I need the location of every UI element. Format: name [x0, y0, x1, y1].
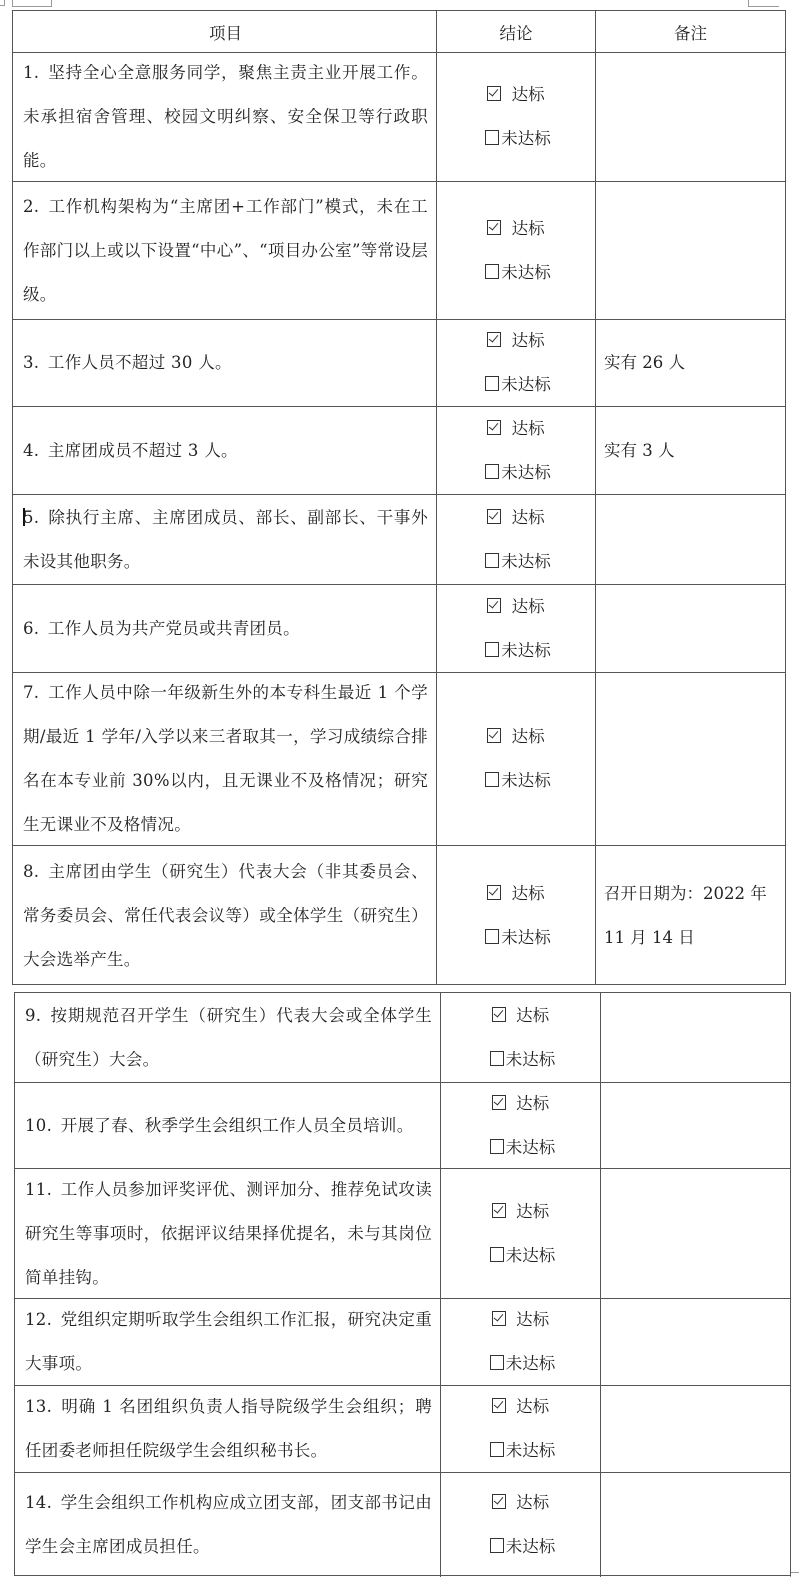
conclusion-cell: 达标未达标 — [441, 993, 601, 1082]
item-number: 7. — [23, 683, 39, 702]
checked-checkbox-icon[interactable] — [487, 509, 501, 524]
conclusion-cell: 达标未达标 — [441, 1386, 601, 1472]
table-row: 8. 主席团由学生（研究生）代表大会（非其委员会、常务委员会、常任代表会议等）或… — [13, 846, 785, 985]
remark-cell — [601, 1473, 790, 1577]
pass-option-label: 达标 — [516, 1202, 549, 1221]
item-description: 工作机构架构为“主席团+工作部门”模式，未在工作部门以上或以下设置“中心”、“项… — [23, 197, 428, 304]
unchecked-checkbox-icon[interactable] — [490, 1051, 504, 1066]
checked-checkbox-icon[interactable] — [492, 1203, 506, 1218]
unchecked-checkbox-icon[interactable] — [485, 772, 499, 787]
checked-checkbox-icon[interactable] — [492, 1494, 506, 1509]
fail-option[interactable]: 未达标 — [490, 1038, 556, 1082]
remark-cell — [596, 585, 785, 672]
fail-option[interactable]: 未达标 — [485, 629, 551, 673]
fail-option[interactable]: 未达标 — [490, 1342, 556, 1386]
fail-option-label: 未达标 — [506, 1138, 556, 1157]
item-cell: 14. 学生会组织工作机构应成立团支部，团支部书记由学生会主席团成员担任。 — [15, 1473, 441, 1577]
item-number: 5. — [23, 508, 39, 527]
pass-option-label: 达标 — [516, 1094, 549, 1113]
table-row: 2. 工作机构架构为“主席团+工作部门”模式，未在工作部门以上或以下设置“中心”… — [13, 182, 785, 320]
pass-option[interactable]: 达标 — [487, 715, 544, 759]
item-number: 11. — [25, 1180, 52, 1199]
item-cell: 2. 工作机构架构为“主席团+工作部门”模式，未在工作部门以上或以下设置“中心”… — [13, 182, 437, 319]
conclusion-cell: 达标未达标 — [437, 407, 596, 494]
checked-checkbox-icon[interactable] — [487, 332, 501, 347]
item-description: 除执行主席、主席团成员、部长、副部长、干事外未设其他职务。 — [23, 508, 428, 571]
checked-checkbox-icon[interactable] — [492, 1398, 506, 1413]
table-row: 3. 工作人员不超过 30 人。 达标未达标实有 26 人 — [13, 320, 785, 407]
pass-option-label: 达标 — [512, 419, 545, 438]
unchecked-checkbox-icon[interactable] — [490, 1247, 504, 1262]
remark-cell — [596, 182, 785, 319]
checked-checkbox-icon[interactable] — [487, 86, 501, 101]
item-cell: 3. 工作人员不超过 30 人。 — [13, 320, 437, 406]
table-row: 14. 学生会组织工作机构应成立团支部，团支部书记由学生会主席团成员担任。 达标… — [15, 1473, 790, 1577]
fail-option[interactable]: 未达标 — [485, 363, 551, 407]
checklist-table-part-2: 9. 按期规范召开学生（研究生）代表大会或全体学生（研究生）大会。 达标未达标1… — [14, 992, 791, 1576]
fail-option[interactable]: 未达标 — [490, 1525, 556, 1569]
conclusion-cell: 达标未达标 — [441, 1083, 601, 1168]
fail-option-label: 未达标 — [506, 1050, 556, 1069]
conclusion-cell: 达标未达标 — [437, 53, 596, 181]
fail-option-label: 未达标 — [506, 1441, 556, 1460]
fail-option-label: 未达标 — [501, 928, 551, 947]
fail-option-label: 未达标 — [506, 1354, 556, 1373]
page-corner-mark-top-left — [0, 0, 5, 6]
pass-option-label: 达标 — [516, 1006, 549, 1025]
pass-option-label: 达标 — [516, 1397, 549, 1416]
item-cell: 12. 党组织定期听取学生会组织工作汇报，研究决定重大事项。 — [15, 1299, 441, 1385]
pass-option-label: 达标 — [512, 85, 545, 104]
checked-checkbox-icon[interactable] — [492, 1007, 506, 1022]
item-description: 主席团由学生（研究生）代表大会（非其委员会、常务委员会、常任代表会议等）或全体学… — [23, 862, 428, 969]
pass-option-label: 达标 — [512, 727, 545, 746]
remark-cell — [596, 495, 785, 584]
fail-option-label: 未达标 — [501, 263, 551, 282]
remark-text: 实有 3 人 — [604, 429, 675, 473]
checked-checkbox-icon[interactable] — [487, 420, 501, 435]
item-description: 开展了春、秋季学生会组织工作人员全员培训。 — [61, 1116, 414, 1135]
fail-option-label: 未达标 — [501, 641, 551, 660]
table-row: 6. 工作人员为共产党员或共青团员。 达标未达标 — [13, 585, 785, 673]
item-number: 12. — [25, 1310, 52, 1329]
conclusion-cell: 达标未达标 — [441, 1169, 601, 1298]
item-text: 7. 工作人员中除一年级新生外的本专科生最近 1 个学期/最近 1 学年/入学以… — [23, 671, 428, 847]
conclusion-cell: 达标未达标 — [441, 1473, 601, 1577]
pass-option-label: 达标 — [512, 884, 545, 903]
pass-option[interactable]: 达标 — [492, 1298, 549, 1342]
table-row: 5. 除执行主席、主席团成员、部长、副部长、干事外未设其他职务。 达标未达标 — [13, 495, 785, 585]
table-header-row: 项目结论备注 — [13, 11, 785, 53]
pass-option[interactable]: 达标 — [487, 407, 544, 451]
unchecked-checkbox-icon[interactable] — [490, 1355, 504, 1370]
item-number: 14. — [25, 1493, 52, 1512]
item-description: 坚持全心全意服务同学，聚焦主责主业开展工作。未承担宿舍管理、校园文明纠察、安全保… — [23, 63, 428, 170]
remark-text: 召开日期为：2022 年 11 月 14 日 — [604, 872, 785, 960]
unchecked-checkbox-icon[interactable] — [485, 553, 499, 568]
remark-cell — [601, 1169, 790, 1298]
conclusion-cell: 达标未达标 — [437, 673, 596, 845]
item-cell: 9. 按期规范召开学生（研究生）代表大会或全体学生（研究生）大会。 — [15, 993, 441, 1082]
pass-option[interactable]: 达标 — [487, 73, 544, 117]
item-text: 14. 学生会组织工作机构应成立团支部，团支部书记由学生会主席团成员担任。 — [25, 1481, 432, 1569]
fail-option-label: 未达标 — [501, 463, 551, 482]
checked-checkbox-icon[interactable] — [492, 1095, 506, 1110]
unchecked-checkbox-icon[interactable] — [490, 1442, 504, 1457]
item-text: 6. 工作人员为共产党员或共青团员。 — [23, 607, 300, 651]
checked-checkbox-icon[interactable] — [487, 598, 501, 613]
conclusion-cell: 达标未达标 — [441, 1299, 601, 1385]
conclusion-cell: 达标未达标 — [437, 585, 596, 672]
header-remark-label: 备注 — [674, 20, 707, 44]
pass-option-label: 达标 — [516, 1493, 549, 1512]
fail-option[interactable]: 未达标 — [485, 759, 551, 803]
checked-checkbox-icon[interactable] — [487, 728, 501, 743]
item-text: 13. 明确 1 名团组织负责人指导院级学生会组织；聘任团委老师担任院级学生会组… — [25, 1385, 432, 1473]
item-number: 8. — [23, 862, 39, 881]
pass-option[interactable]: 达标 — [492, 1190, 549, 1234]
item-text: 4. 主席团成员不超过 3 人。 — [23, 429, 238, 473]
pass-option[interactable]: 达标 — [487, 319, 544, 363]
checked-checkbox-icon[interactable] — [492, 1311, 506, 1326]
pass-option[interactable]: 达标 — [487, 872, 544, 916]
item-number: 2. — [23, 197, 39, 216]
fail-option[interactable]: 未达标 — [490, 1126, 556, 1170]
item-text: 1. 坚持全心全意服务同学，聚焦主责主业开展工作。未承担宿舍管理、校园文明纠察、… — [23, 51, 428, 183]
item-description: 工作人员不超过 30 人。 — [48, 353, 232, 372]
pass-option[interactable]: 达标 — [492, 994, 549, 1038]
item-cell: 8. 主席团由学生（研究生）代表大会（非其委员会、常务委员会、常任代表会议等）或… — [13, 846, 437, 985]
remark-cell — [601, 1386, 790, 1472]
fail-option-label: 未达标 — [506, 1537, 556, 1556]
unchecked-checkbox-icon[interactable] — [485, 376, 499, 391]
item-description: 工作人员参加评奖评优、测评加分、推荐免试攻读研究生等事项时，依据评议结果择优提名… — [25, 1180, 432, 1287]
fail-option[interactable]: 未达标 — [485, 251, 551, 295]
table-row: 11. 工作人员参加评奖评优、测评加分、推荐免试攻读研究生等事项时，依据评议结果… — [15, 1169, 790, 1299]
table-row: 9. 按期规范召开学生（研究生）代表大会或全体学生（研究生）大会。 达标未达标 — [15, 993, 790, 1083]
remark-cell — [596, 53, 785, 181]
pass-option-label: 达标 — [512, 597, 545, 616]
header-item-label: 项目 — [209, 20, 242, 44]
remark-cell: 召开日期为：2022 年 11 月 14 日 — [596, 846, 785, 985]
pass-option[interactable]: 达标 — [487, 207, 544, 251]
item-description: 党组织定期听取学生会组织工作汇报，研究决定重大事项。 — [25, 1310, 432, 1373]
remark-cell — [596, 673, 785, 845]
item-cell: 10. 开展了春、秋季学生会组织工作人员全员培训。 — [15, 1083, 441, 1168]
pass-option[interactable]: 达标 — [492, 1385, 549, 1429]
item-number: 4. — [23, 441, 39, 460]
pass-option-label: 达标 — [512, 331, 545, 350]
table-row: 13. 明确 1 名团组织负责人指导院级学生会组织；聘任团委老师担任院级学生会组… — [15, 1386, 790, 1473]
item-cell: 4. 主席团成员不超过 3 人。 — [13, 407, 437, 494]
conclusion-cell: 达标未达标 — [437, 495, 596, 584]
item-number: 3. — [23, 353, 39, 372]
pass-option[interactable]: 达标 — [487, 496, 544, 540]
remark-cell — [601, 1299, 790, 1385]
unchecked-checkbox-icon[interactable] — [485, 264, 499, 279]
conclusion-cell: 达标未达标 — [437, 846, 596, 985]
table-row: 7. 工作人员中除一年级新生外的本专科生最近 1 个学期/最近 1 学年/入学以… — [13, 673, 785, 846]
item-description: 主席团成员不超过 3 人。 — [48, 441, 238, 460]
page-corner-mark-bottom-right — [790, 1572, 799, 1577]
item-cell: 7. 工作人员中除一年级新生外的本专科生最近 1 个学期/最近 1 学年/入学以… — [13, 673, 437, 845]
checked-checkbox-icon[interactable] — [487, 885, 501, 900]
fail-option[interactable]: 未达标 — [490, 1234, 556, 1278]
checklist-table-part-1: 项目结论备注1. 坚持全心全意服务同学，聚焦主责主业开展工作。未承担宿舍管理、校… — [12, 10, 786, 985]
page-corner-mark-top-left-2 — [12, 0, 52, 7]
item-cell: 6. 工作人员为共产党员或共青团员。 — [13, 585, 437, 672]
remark-cell — [601, 1083, 790, 1168]
item-number: 13. — [25, 1397, 52, 1416]
fail-option[interactable]: 未达标 — [485, 117, 551, 161]
remark-cell — [601, 993, 790, 1082]
item-description: 明确 1 名团组织负责人指导院级学生会组织；聘任团委老师担任院级学生会组织秘书长… — [25, 1397, 432, 1460]
header-item: 项目 — [13, 11, 437, 52]
item-text: 8. 主席团由学生（研究生）代表大会（非其委员会、常务委员会、常任代表会议等）或… — [23, 850, 428, 982]
item-number: 10. — [25, 1116, 52, 1135]
table-row: 10. 开展了春、秋季学生会组织工作人员全员培训。 达标未达标 — [15, 1083, 790, 1169]
item-description: 工作人员为共产党员或共青团员。 — [48, 619, 300, 638]
page-corner-mark-top-right — [748, 0, 779, 7]
item-cell: 5. 除执行主席、主席团成员、部长、副部长、干事外未设其他职务。 — [13, 495, 437, 584]
fail-option-label: 未达标 — [501, 771, 551, 790]
fail-option-label: 未达标 — [501, 129, 551, 148]
item-text: 11. 工作人员参加评奖评优、测评加分、推荐免试攻读研究生等事项时，依据评议结果… — [25, 1168, 432, 1300]
fail-option-label: 未达标 — [501, 552, 551, 571]
table-row: 12. 党组织定期听取学生会组织工作汇报，研究决定重大事项。 达标未达标 — [15, 1299, 790, 1386]
item-text: 10. 开展了春、秋季学生会组织工作人员全员培训。 — [25, 1104, 414, 1148]
unchecked-checkbox-icon[interactable] — [485, 130, 499, 145]
checked-checkbox-icon[interactable] — [487, 220, 501, 235]
item-text: 12. 党组织定期听取学生会组织工作汇报，研究决定重大事项。 — [25, 1298, 432, 1386]
pass-option-label: 达标 — [516, 1310, 549, 1329]
pass-option[interactable]: 达标 — [492, 1082, 549, 1126]
remark-cell: 实有 26 人 — [596, 320, 785, 406]
conclusion-cell: 达标未达标 — [437, 182, 596, 319]
item-cell: 13. 明确 1 名团组织负责人指导院级学生会组织；聘任团委老师担任院级学生会组… — [15, 1386, 441, 1472]
item-description: 按期规范召开学生（研究生）代表大会或全体学生（研究生）大会。 — [25, 1006, 432, 1069]
header-conclusion: 结论 — [437, 11, 596, 52]
item-text: 3. 工作人员不超过 30 人。 — [23, 341, 232, 385]
pass-option-label: 达标 — [512, 219, 545, 238]
item-number: 9. — [25, 1006, 41, 1025]
pass-option[interactable]: 达标 — [487, 585, 544, 629]
item-text: 9. 按期规范召开学生（研究生）代表大会或全体学生（研究生）大会。 — [25, 994, 432, 1082]
fail-option[interactable]: 未达标 — [485, 451, 551, 495]
item-number: 1. — [23, 63, 39, 82]
unchecked-checkbox-icon[interactable] — [485, 929, 499, 944]
table-row: 1. 坚持全心全意服务同学，聚焦主责主业开展工作。未承担宿舍管理、校园文明纠察、… — [13, 53, 785, 182]
header-conclusion-label: 结论 — [500, 20, 533, 44]
item-cell: 1. 坚持全心全意服务同学，聚焦主责主业开展工作。未承担宿舍管理、校园文明纠察、… — [13, 53, 437, 181]
unchecked-checkbox-icon[interactable] — [490, 1538, 504, 1553]
conclusion-cell: 达标未达标 — [437, 320, 596, 406]
table-row: 4. 主席团成员不超过 3 人。 达标未达标实有 3 人 — [13, 407, 785, 495]
fail-option[interactable]: 未达标 — [490, 1429, 556, 1473]
item-description: 工作人员中除一年级新生外的本专科生最近 1 个学期/最近 1 学年/入学以来三者… — [23, 683, 428, 834]
fail-option-label: 未达标 — [506, 1246, 556, 1265]
header-remark: 备注 — [596, 11, 785, 52]
fail-option[interactable]: 未达标 — [485, 540, 551, 584]
unchecked-checkbox-icon[interactable] — [485, 642, 499, 657]
remark-text: 实有 26 人 — [604, 341, 685, 385]
item-text: 5. 除执行主席、主席团成员、部长、副部长、干事外未设其他职务。 — [23, 496, 428, 584]
fail-option[interactable]: 未达标 — [485, 916, 551, 960]
item-number: 6. — [23, 619, 39, 638]
remark-cell: 实有 3 人 — [596, 407, 785, 494]
pass-option-label: 达标 — [512, 508, 545, 527]
item-text: 2. 工作机构架构为“主席团+工作部门”模式，未在工作部门以上或以下设置“中心”… — [23, 185, 428, 317]
item-description: 学生会组织工作机构应成立团支部，团支部书记由学生会主席团成员担任。 — [25, 1493, 432, 1556]
unchecked-checkbox-icon[interactable] — [490, 1139, 504, 1154]
pass-option[interactable]: 达标 — [492, 1481, 549, 1525]
item-cell: 11. 工作人员参加评奖评优、测评加分、推荐免试攻读研究生等事项时，依据评议结果… — [15, 1169, 441, 1298]
fail-option-label: 未达标 — [501, 375, 551, 394]
unchecked-checkbox-icon[interactable] — [485, 464, 499, 479]
